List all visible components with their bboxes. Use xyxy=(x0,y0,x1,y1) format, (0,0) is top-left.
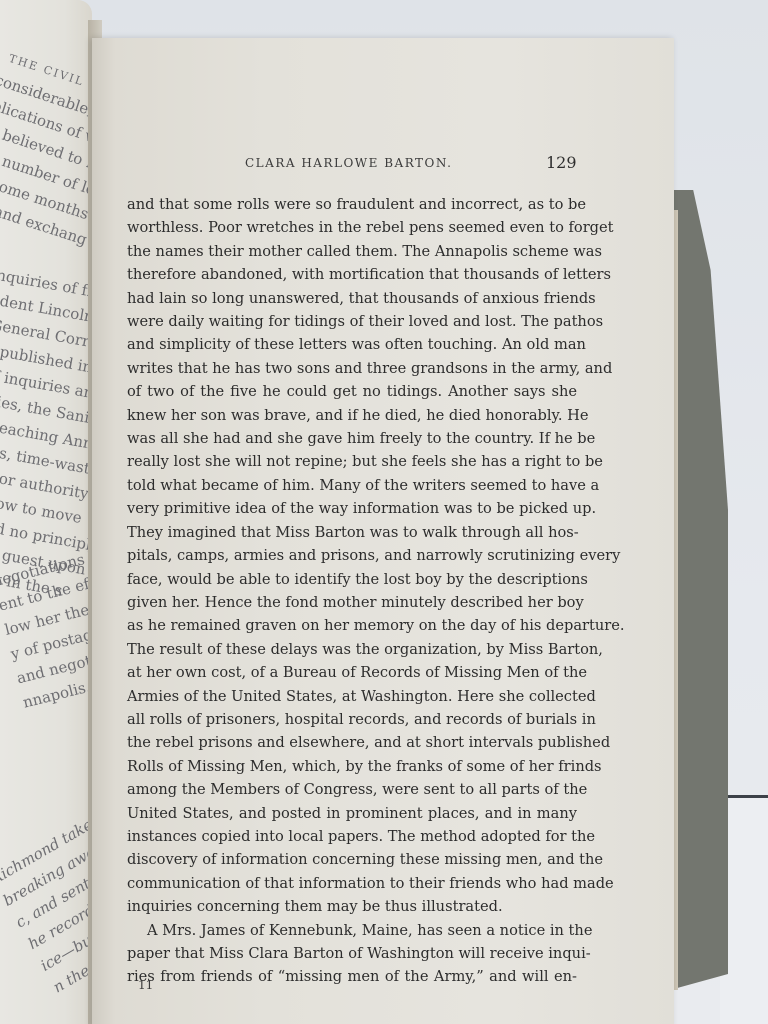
text-line: pitals, camps, armies and prisons, and n… xyxy=(127,544,577,567)
text-line: paper that Miss Clara Barton of Washingt… xyxy=(127,942,577,965)
text-line: were daily waiting for tidings of their … xyxy=(127,310,577,333)
text-line: had lain so long unanswered, that thousa… xyxy=(127,287,577,310)
text-line: United States, and posted in prominent p… xyxy=(127,802,577,825)
text-line: A Mrs. James of Kennebunk, Maine, has se… xyxy=(127,919,577,942)
text-line: knew her son was brave, and if he died, … xyxy=(127,404,577,427)
left-page-text: THE CIVIL WAR. e considerable, and appli… xyxy=(0,40,92,268)
text-line: the names their mother called them. The … xyxy=(127,240,577,263)
text-line: communication of that information to the… xyxy=(127,872,577,895)
page-number: 129 xyxy=(546,153,577,172)
running-head: CLARA HARLOWE BARTON. xyxy=(245,156,452,170)
text-line: They imagined that Miss Barton was to wa… xyxy=(127,521,577,544)
text-line: discovery of information concerning thes… xyxy=(127,848,577,871)
text-line: Rolls of Missing Men, which, by the fran… xyxy=(127,755,577,778)
text-line: really lost she will not repine; but she… xyxy=(127,450,577,473)
signature-mark: 11 xyxy=(138,978,153,992)
text-line: the rebel prisons and elsewhere, and at … xyxy=(127,731,577,754)
text-line: Armies of the United States, at Washingt… xyxy=(127,685,577,708)
page-body-text: and that some rolls were so fraudulent a… xyxy=(127,193,577,989)
text-line: writes that he has two sons and three gr… xyxy=(127,357,577,380)
text-line: instances copied into local papers. The … xyxy=(127,825,577,848)
text-line: and that some rolls were so fraudulent a… xyxy=(127,193,577,216)
text-line: The result of these delays was the organ… xyxy=(127,638,577,661)
text-line: among the Members of Congress, were sent… xyxy=(127,778,577,801)
text-line: of two of the five he could get no tidin… xyxy=(127,380,577,403)
text-line: very primitive idea of the way informati… xyxy=(127,497,577,520)
text-line: worthless. Poor wretches in the rebel pe… xyxy=(127,216,577,239)
text-line: and simplicity of these letters was ofte… xyxy=(127,333,577,356)
text-line: face, would be able to identify the lost… xyxy=(127,568,577,591)
text-line: as he remained graven on her memory on t… xyxy=(127,614,577,637)
text-line: inquiries concerning them may be thus il… xyxy=(127,895,577,918)
text-line: told what became of him. Many of the wri… xyxy=(127,474,577,497)
text-line: at her own cost, of a Bureau of Records … xyxy=(127,661,577,684)
text-line: was all she had and she gave him freely … xyxy=(127,427,577,450)
left-page-text-bottom: Richmond taken, and breaking away. c, an… xyxy=(0,770,92,1000)
text-line: all rolls of prisoners, hospital records… xyxy=(127,708,577,731)
left-page: THE CIVIL WAR. e considerable, and appli… xyxy=(0,0,92,1024)
text-line: ries from friends of “missing men of the… xyxy=(127,965,577,988)
text-line: therefore abandoned, with mortification … xyxy=(127,263,577,286)
book-back-cover xyxy=(670,190,728,990)
text-line: given her. Hence the fond mother minutel… xyxy=(127,591,577,614)
